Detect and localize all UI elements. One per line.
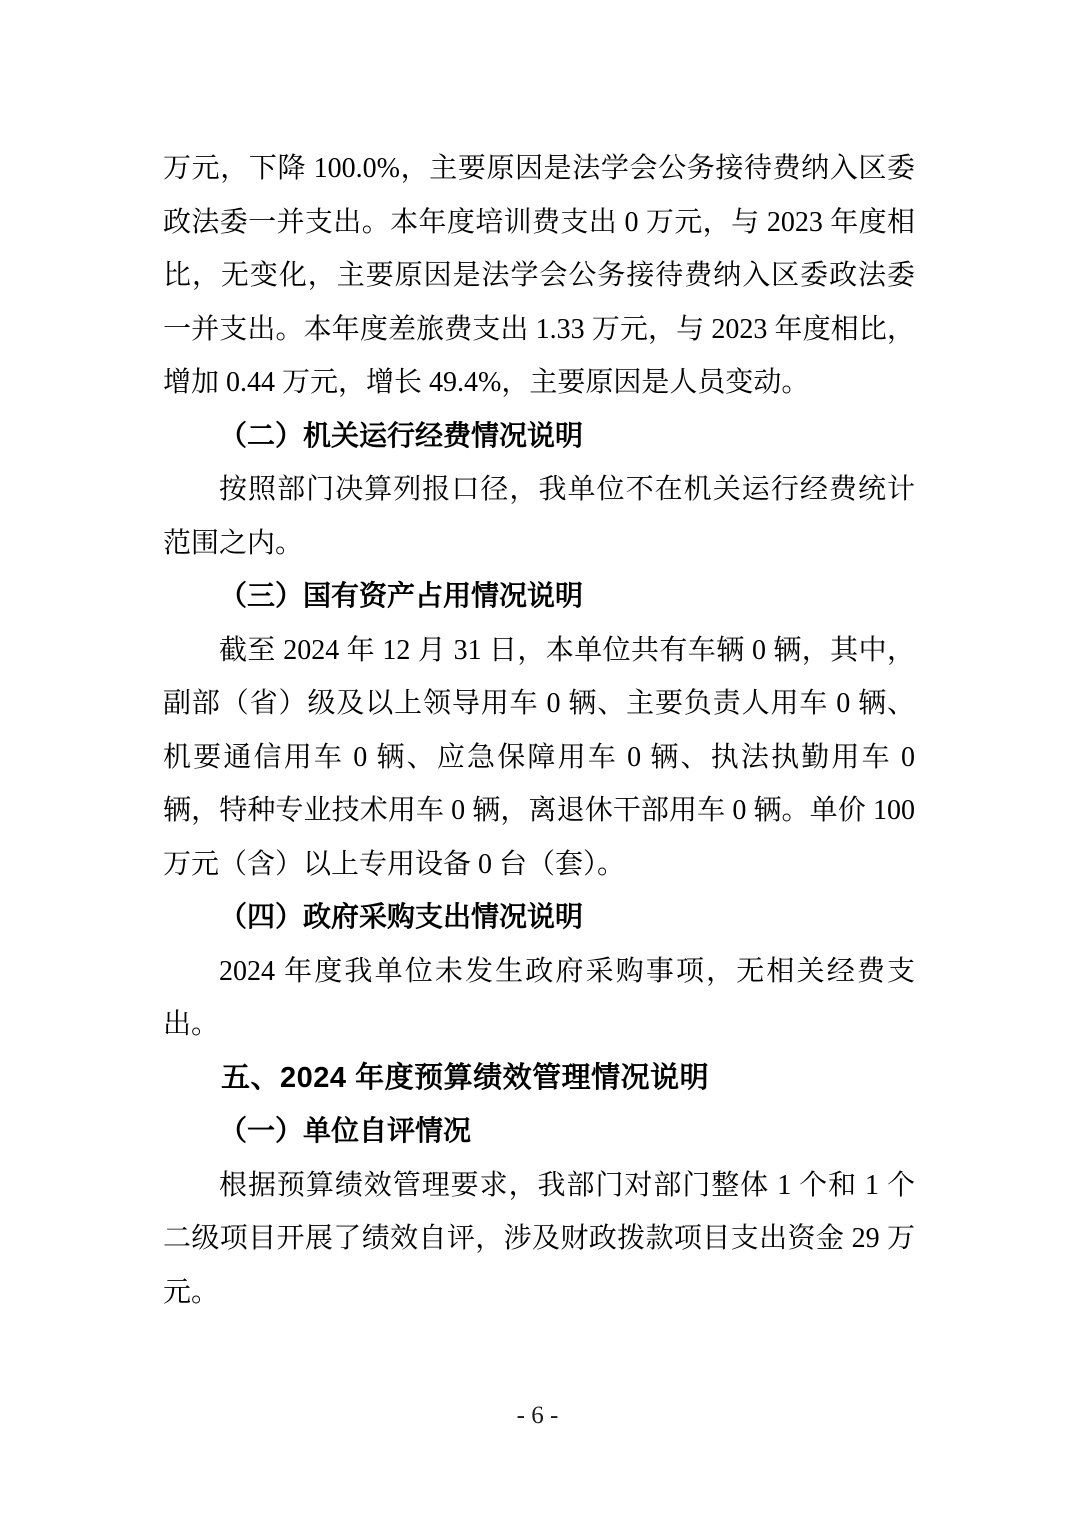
document-body: 万元，下降 100.0%，主要原因是法学会公务接待费纳入区委政法委一并支出。本年… (163, 142, 915, 1319)
subsection-heading-government-procurement: （四）政府采购支出情况说明 (163, 891, 915, 945)
body-paragraph: 根据预算绩效管理要求，我部门对部门整体 1 个和 1 个二级项目开展了绩效自评，… (163, 1159, 915, 1320)
body-paragraph: 2024 年度我单位未发生政府采购事项，无相关经费支出。 (163, 945, 915, 1052)
body-paragraph: 截至 2024 年 12 月 31 日，本单位共有车辆 0 辆，其中，副部（省）… (163, 624, 915, 892)
document-page: 万元，下降 100.0%，主要原因是法学会公务接待费纳入区委政法委一并支出。本年… (0, 0, 1075, 1520)
subsection-heading-organ-operating-expense: （二）机关运行经费情况说明 (163, 410, 915, 464)
page-number: - 6 - (0, 1400, 1075, 1432)
section-heading-budget-performance: 五、2024 年度预算绩效管理情况说明 (163, 1052, 915, 1106)
subsection-heading-state-assets: （三）国有资产占用情况说明 (163, 570, 915, 624)
subsection-heading-self-evaluation: （一）单位自评情况 (163, 1105, 915, 1159)
body-paragraph-carryover: 万元，下降 100.0%，主要原因是法学会公务接待费纳入区委政法委一并支出。本年… (163, 142, 915, 410)
body-paragraph: 按照部门决算列报口径，我单位不在机关运行经费统计范围之内。 (163, 463, 915, 570)
